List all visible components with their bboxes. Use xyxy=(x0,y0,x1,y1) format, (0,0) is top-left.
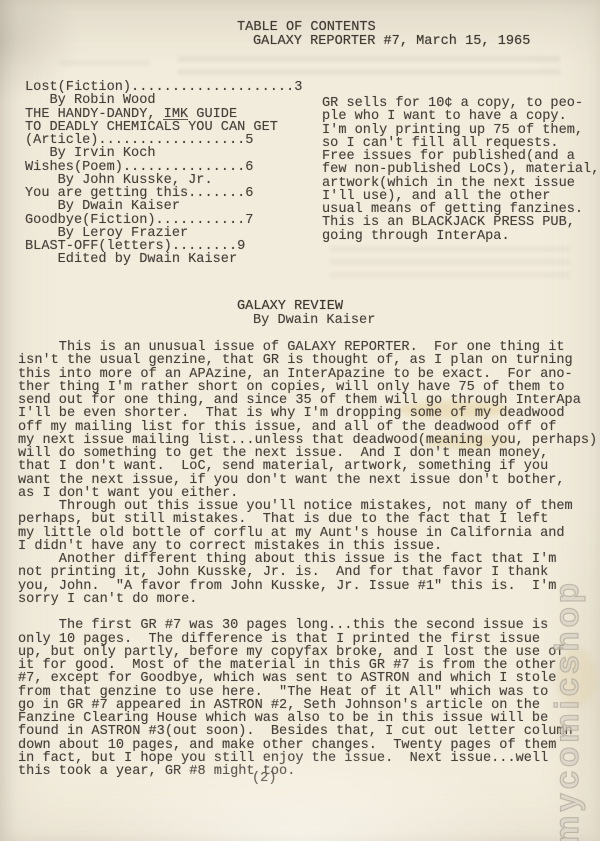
bleedthrough-smudge xyxy=(60,60,150,69)
toc-heading: TABLE OF CONTENTS xyxy=(237,21,376,34)
scanned-fanzine-page: TABLE OF CONTENTS GALAXY REPORTER #7, Ma… xyxy=(0,0,600,841)
paragraph-4: The first GR #7 was 30 pages long...this… xyxy=(18,619,596,778)
editorial-body: This is an unusual issue of GALAXY REPOR… xyxy=(18,341,596,778)
section-title: GALAXY REVIEW xyxy=(237,300,343,313)
availability-note: GR sells for 10¢ a copy, to peo- ple who… xyxy=(322,97,599,243)
bleedthrough-smudge xyxy=(178,56,560,78)
bleedthrough-smudge xyxy=(330,246,570,280)
paragraph-3: Another different thing about this issue… xyxy=(18,553,596,606)
page-number: (2) xyxy=(252,772,276,785)
section-byline: By Dwain Kaiser xyxy=(253,314,375,327)
imk-underline xyxy=(163,119,188,120)
paragraph-1: This is an unusual issue of GALAXY REPOR… xyxy=(18,341,596,500)
issue-heading: GALAXY REPORTER #7, March 15, 1965 xyxy=(253,35,530,48)
paragraph-2: Through out this issue you'll notice mis… xyxy=(18,500,596,553)
table-of-contents: Lost(Fiction)....................3 By Ro… xyxy=(25,81,302,267)
